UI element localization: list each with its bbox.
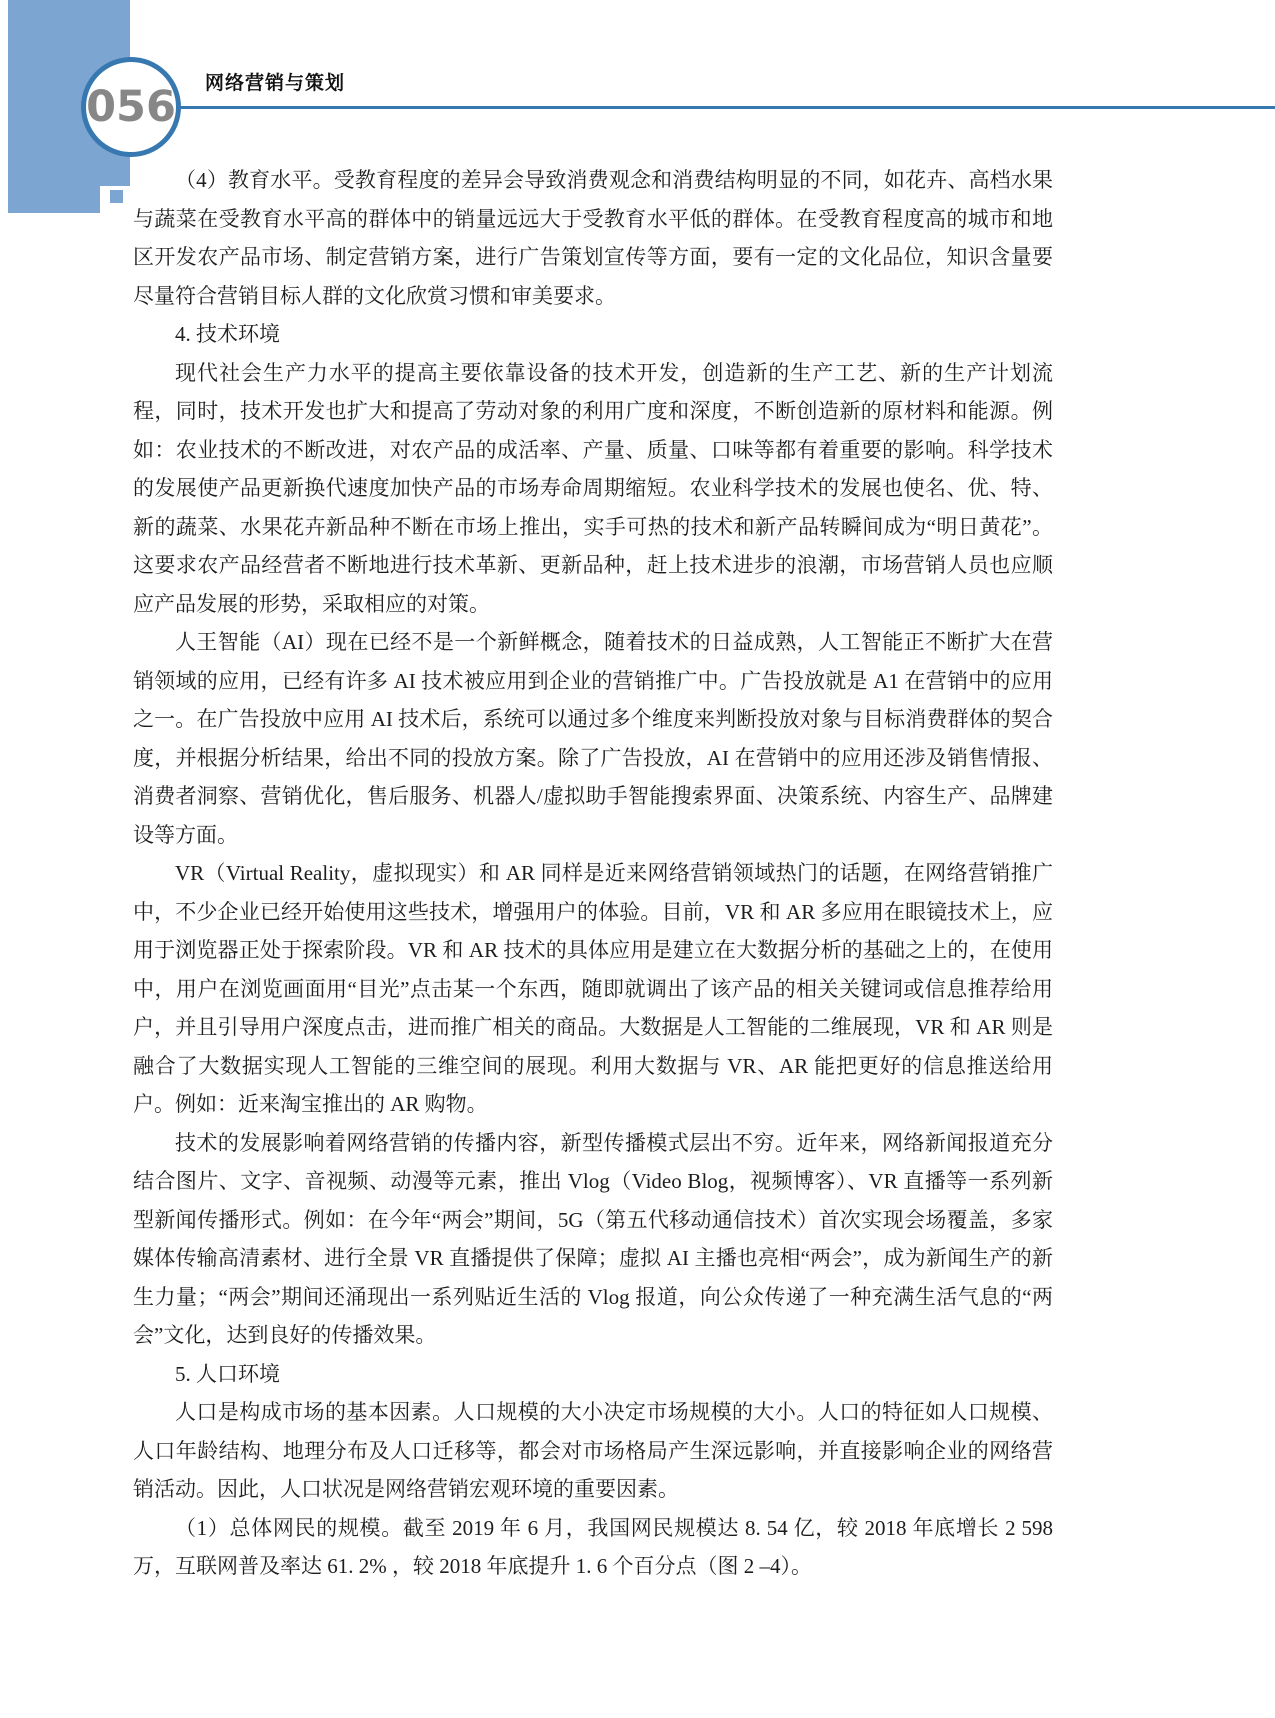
paragraph: 现代社会生产力水平的提高主要依靠设备的技术开发，创造新的生产工艺、新的生产计划流…	[133, 354, 1053, 624]
decorative-blue-step	[8, 186, 100, 213]
paragraph: VR（Virtual Reality，虚拟现实）和 AR 同样是近来网络营销领域…	[133, 854, 1053, 1124]
page-number-badge: 056	[81, 57, 181, 157]
section-heading: 4. 技术环境	[133, 315, 1053, 354]
header-rule-line	[180, 106, 1275, 109]
decorative-blue-square	[110, 190, 123, 203]
page-number: 056	[86, 86, 176, 129]
paragraph: （1）总体网民的规模。截至 2019 年 6 月，我国网民规模达 8. 54 亿…	[133, 1509, 1053, 1586]
textbook-page: 056 网络营销与策划 （4）教育水平。受教育程度的差异会导致消费观念和消费结构…	[0, 0, 1275, 1718]
section-heading: 5. 人口环境	[133, 1355, 1053, 1394]
paragraph: 技术的发展影响着网络营销的传播内容，新型传播模式层出不穷。近年来，网络新闻报道充…	[133, 1124, 1053, 1355]
paragraph: 人王智能（AI）现在已经不是一个新鲜概念，随着技术的日益成熟，人工智能正不断扩大…	[133, 623, 1053, 854]
text-content: （4）教育水平。受教育程度的差异会导致消费观念和消费结构明显的不同，如花卉、高档…	[133, 161, 1053, 1586]
book-title: 网络营销与策划	[205, 68, 345, 95]
paragraph: （4）教育水平。受教育程度的差异会导致消费观念和消费结构明显的不同，如花卉、高档…	[133, 161, 1053, 315]
paragraph: 人口是构成市场的基本因素。人口规模的大小决定市场规模的大小。人口的特征如人口规模…	[133, 1393, 1053, 1509]
